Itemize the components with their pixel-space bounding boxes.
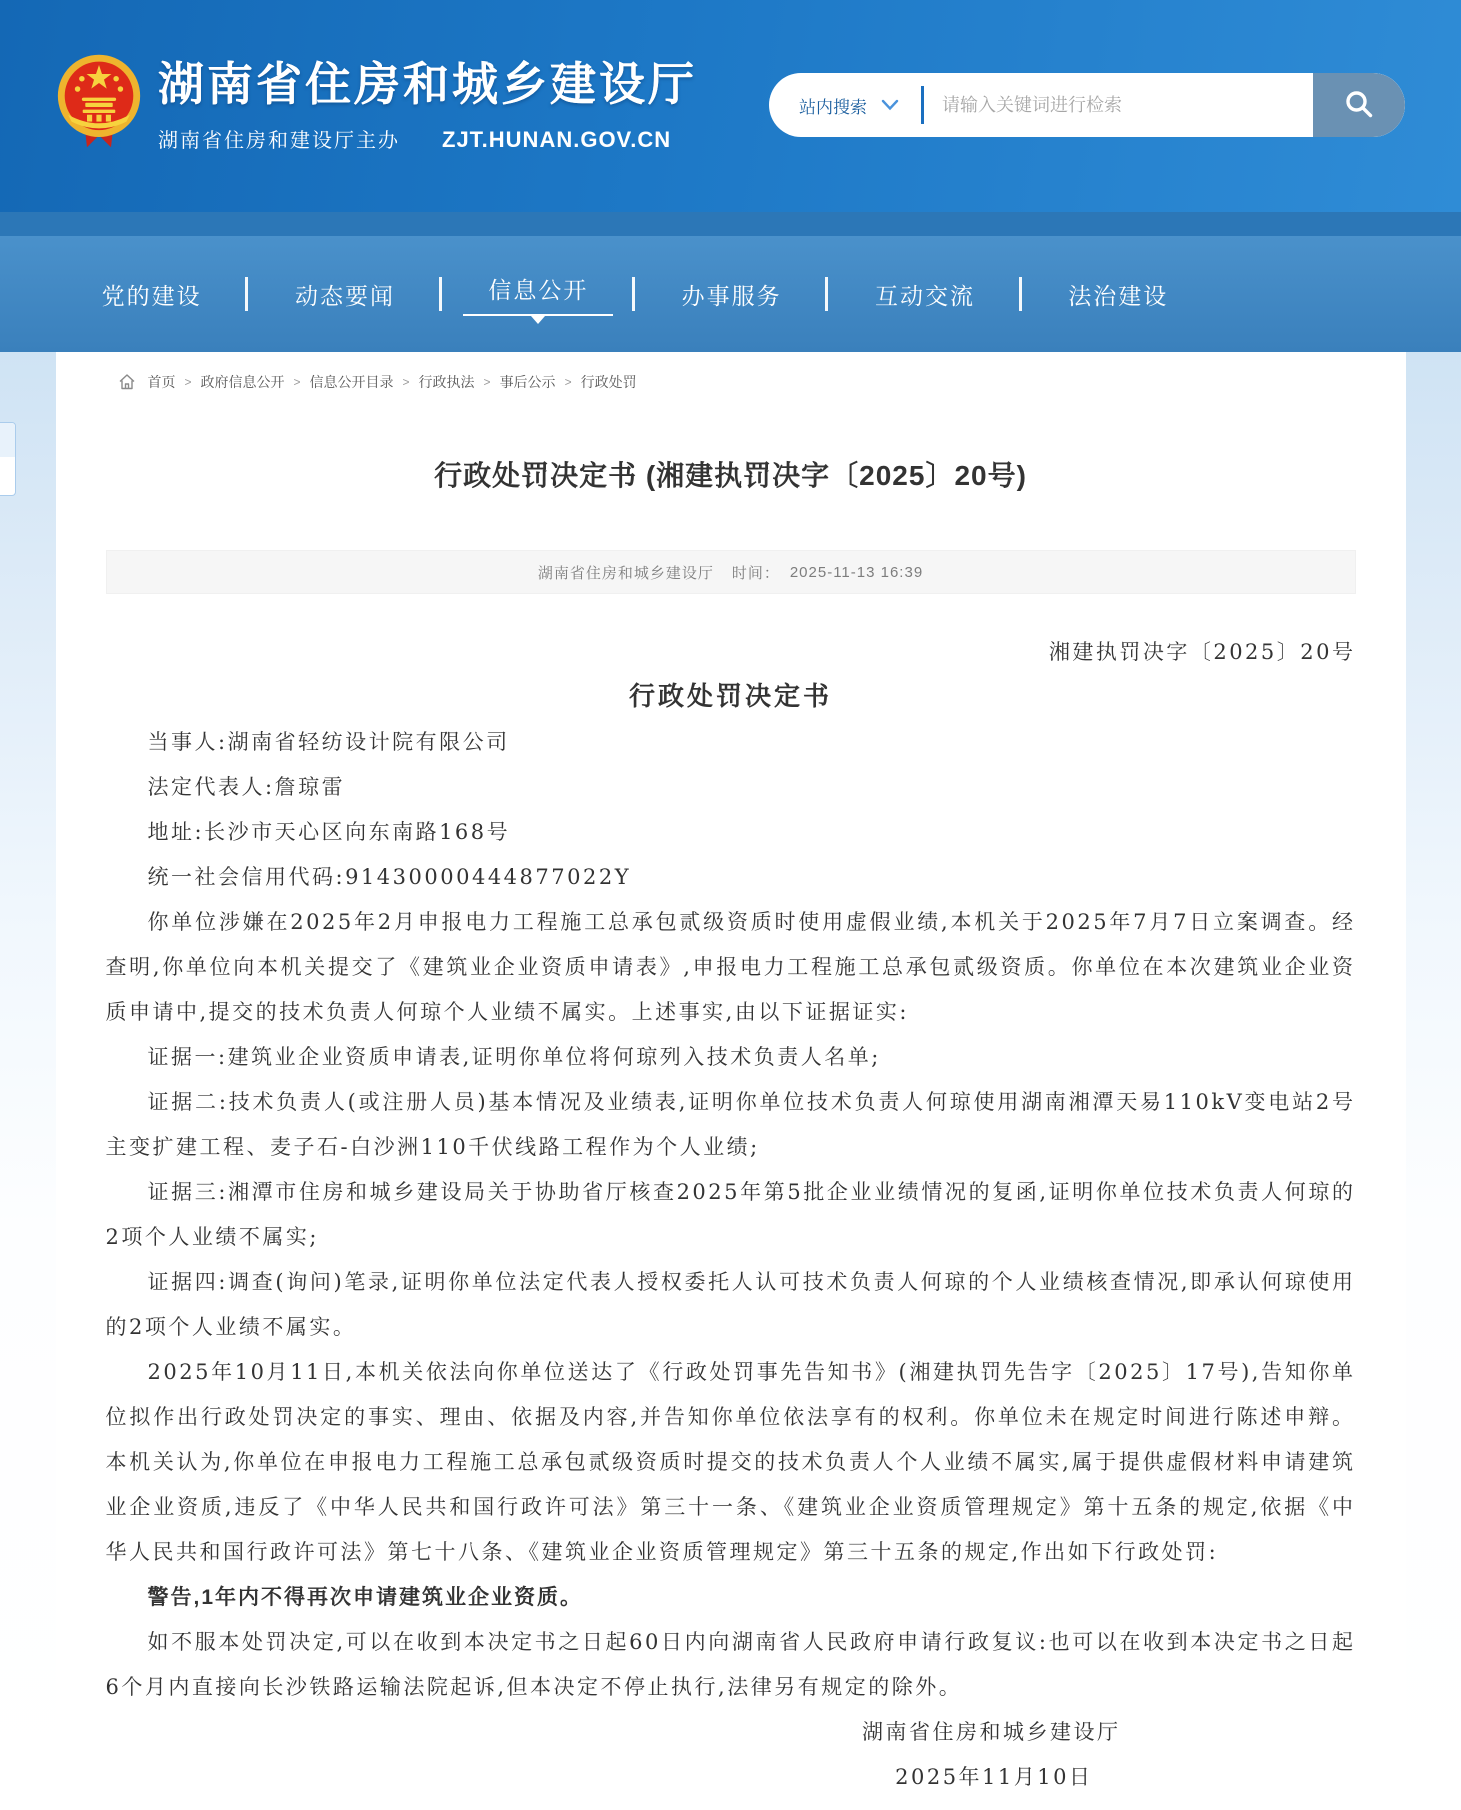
main-nav-inner: 党的建设 动态要闻 信息公开 办事服务 互动交流 法治建设: [55, 236, 1215, 352]
article-timestamp: 2025-11-13 16:39: [790, 564, 923, 581]
nav-item-news[interactable]: 动态要闻: [248, 236, 441, 352]
search-icon: [1343, 88, 1375, 123]
doc-paragraph-evidence-4: 证据四:调查(询问)笔录,证明你单位法定代表人授权委托人认可技术负责人何琼的个人…: [106, 1260, 1356, 1350]
doc-paragraph-evidence-3: 证据三:湘潭市住房和城乡建设局关于协助省厅核查2025年第5批企业业绩情况的复函…: [106, 1170, 1356, 1260]
national-emblem-logo: [56, 53, 142, 149]
doc-paragraph-evidence-1: 证据一:建筑业企业资质申请表,证明你单位将何琼列入技术负责人名单;: [106, 1035, 1356, 1080]
site-header: 湖南省住房和城乡建设厅 湖南省住房和建设厅主办 ZJT.HUNAN.GOV.CN…: [0, 0, 1461, 212]
doc-number: 湘建执罚决字〔2025〕20号: [106, 630, 1356, 675]
doc-paragraph-facts: 你单位涉嫌在2025年2月申报电力工程施工总承包贰级资质时使用虚假业绩,本机关于…: [106, 900, 1356, 1035]
home-icon[interactable]: [118, 373, 136, 391]
penalty-document: 湘建执罚决字〔2025〕20号 行政处罚决定书 当事人:湖南省轻纺设计院有限公司…: [106, 630, 1356, 1800]
search-divider: [921, 86, 924, 124]
search-button[interactable]: [1313, 73, 1405, 137]
article-meta-bar: 湖南省住房和城乡建设厅 时间： 2025-11-13 16:39: [106, 550, 1356, 594]
site-title: 湖南省住房和城乡建设厅: [158, 48, 697, 114]
doc-paragraph-penalty: 警告,1年内不得再次申请建筑业企业资质。: [106, 1575, 1356, 1620]
nav-item-label: 办事服务: [682, 278, 782, 311]
side-widget-sliver[interactable]: [0, 422, 16, 496]
breadcrumb-separator: >: [185, 375, 192, 389]
search-scope-label: 站内搜索: [799, 93, 867, 118]
breadcrumb-item-penalty: 行政处罚: [581, 372, 637, 392]
nav-item-label: 动态要闻: [295, 278, 395, 311]
nav-item-rule-of-law[interactable]: 法治建设: [1022, 236, 1215, 352]
nav-item-interaction[interactable]: 互动交流: [828, 236, 1021, 352]
doc-signature: 湖南省住房和城乡建设厅: [106, 1710, 1356, 1755]
site-subtitle: 湖南省住房和建设厅主办: [158, 124, 400, 153]
content-card: 首页 > 政府信息公开 > 信息公开目录 > 行政执法 > 事后公示 > 行政处…: [56, 352, 1406, 1810]
search-scope-dropdown[interactable]: 站内搜索: [769, 93, 915, 118]
doc-date: 2025年11月10日: [106, 1755, 1356, 1800]
breadcrumb: 首页 > 政府信息公开 > 信息公开目录 > 行政执法 > 事后公示 > 行政处…: [106, 352, 1356, 402]
page-body: 首页 > 政府信息公开 > 信息公开目录 > 行政执法 > 事后公示 > 行政处…: [0, 352, 1461, 1810]
breadcrumb-item-gov-info[interactable]: 政府信息公开: [201, 372, 285, 392]
site-url: ZJT.HUNAN.GOV.CN: [442, 127, 671, 153]
doc-paragraph-party: 当事人:湖南省轻纺设计院有限公司: [106, 720, 1356, 765]
breadcrumb-item-post-publicity[interactable]: 事后公示: [500, 372, 556, 392]
chevron-down-icon: [881, 99, 899, 111]
doc-paragraph-appeal: 如不服本处罚决定,可以在收到本决定书之日起60日内向湖南省人民政府申请行政复议:…: [106, 1620, 1356, 1710]
active-tab-underline: [463, 314, 613, 316]
nav-item-label: 互动交流: [875, 278, 975, 311]
doc-paragraph-credit-code: 统一社会信用代码:91430000444877022Y: [106, 855, 1356, 900]
doc-paragraph-address: 地址:长沙市天心区向东南路168号: [106, 810, 1356, 855]
nav-top-strip: [0, 212, 1461, 236]
doc-paragraph-evidence-2: 证据二:技术负责人(或注册人员)基本情况及业绩表,证明你单位技术负责人何琼使用湖…: [106, 1080, 1356, 1170]
breadcrumb-item-home[interactable]: 首页: [148, 372, 176, 392]
site-brand: 湖南省住房和城乡建设厅 湖南省住房和建设厅主办 ZJT.HUNAN.GOV.CN: [56, 48, 697, 153]
nav-item-label: 党的建设: [102, 278, 202, 311]
breadcrumb-separator: >: [403, 375, 410, 389]
breadcrumb-separator: >: [565, 375, 572, 389]
article-time-label: 时间：: [732, 562, 780, 583]
breadcrumb-separator: >: [294, 375, 301, 389]
nav-item-label: 信息公开: [488, 272, 588, 305]
nav-item-services[interactable]: 办事服务: [635, 236, 828, 352]
nav-item-info-disclosure[interactable]: 信息公开: [442, 236, 635, 352]
nav-item-party-building[interactable]: 党的建设: [55, 236, 248, 352]
page-title: 行政处罚决定书 (湘建执罚决字〔2025〕20号): [106, 454, 1356, 494]
site-subline: 湖南省住房和建设厅主办 ZJT.HUNAN.GOV.CN: [158, 124, 697, 153]
main-nav: 党的建设 动态要闻 信息公开 办事服务 互动交流 法治建设: [0, 236, 1461, 352]
site-search-bar: 站内搜索: [769, 73, 1405, 137]
doc-paragraph-decision-basis: 2025年10月11日,本机关依法向你单位送达了《行政处罚事先告知书》(湘建执罚…: [106, 1350, 1356, 1575]
doc-paragraph-legal-rep: 法定代表人:詹琼雷: [106, 765, 1356, 810]
nav-item-label: 法治建设: [1068, 278, 1168, 311]
search-input[interactable]: [940, 84, 1313, 126]
brand-text: 湖南省住房和城乡建设厅 湖南省住房和建设厅主办 ZJT.HUNAN.GOV.CN: [158, 48, 697, 153]
doc-heading: 行政处罚决定书: [106, 675, 1356, 720]
breadcrumb-item-info-catalog[interactable]: 信息公开目录: [310, 372, 394, 392]
article-source: 湖南省住房和城乡建设厅: [538, 562, 714, 583]
breadcrumb-item-enforcement[interactable]: 行政执法: [419, 372, 475, 392]
breadcrumb-separator: >: [484, 375, 491, 389]
